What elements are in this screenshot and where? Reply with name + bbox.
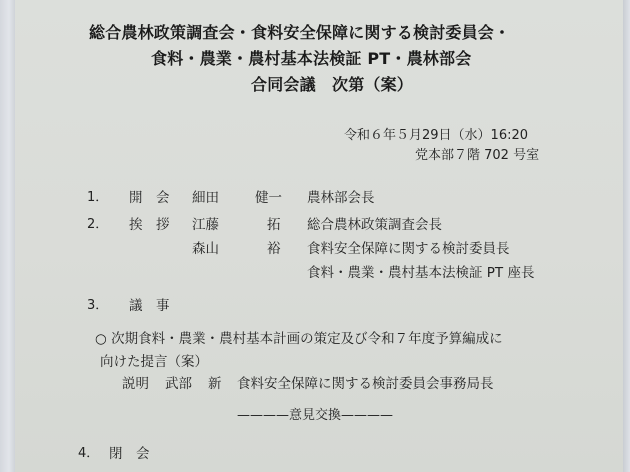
agenda-document: 総合農林政策調査会・食料安全保障に関する検討委員会・ 食料・農業・農村基本法検証…: [15, 0, 623, 472]
paper-edge-left: [0, 0, 15, 472]
title-line-3: 合同会議 次第（案）: [251, 72, 413, 95]
speaker-role: 農林部会長: [307, 186, 375, 206]
speaker-role-secondary: 食料・農業・農村基本法検証 PT 座長: [307, 261, 534, 281]
title-line-1: 総合農林政策調査会・食料安全保障に関する検討委員会・: [89, 20, 510, 43]
topic-line-1: ○ 次期食料・農業・農村基本計画の策定及び令和７年度予算編成に: [95, 327, 503, 347]
title-line-2: 食料・農業・農村基本法検証 PT・農林部会: [151, 46, 471, 69]
explanation-label: 説明: [122, 372, 149, 392]
speaker-given: 拓: [267, 213, 281, 233]
agenda-number-2: 2．: [87, 213, 108, 232]
agenda-item-4: 閉 会: [109, 442, 150, 462]
meeting-location: 党本部７階 702 号室: [415, 144, 539, 163]
explainer-surname: 武部: [165, 372, 192, 392]
speaker-surname: 江藤: [192, 213, 219, 233]
speaker-given: 健一: [255, 186, 282, 206]
speaker-surname: 細田: [192, 186, 219, 206]
explainer-role: 食料安全保障に関する検討委員会事務局長: [237, 372, 494, 392]
agenda-item-1: 開 会: [129, 186, 170, 206]
paper-edge-right: [623, 0, 630, 472]
topic-line-2: 向けた提言（案）: [100, 350, 208, 370]
agenda-item-2: 挨 拶: [129, 213, 170, 233]
agenda-number-3: 3．: [87, 294, 108, 313]
agenda-number-1: 1．: [87, 186, 108, 205]
agenda-number-4: 4．: [78, 442, 99, 461]
speaker-role: 食料安全保障に関する検討委員長: [307, 237, 510, 257]
speaker-given: 裕: [267, 237, 281, 257]
agenda-item-3: 議 事: [129, 294, 170, 314]
explainer-given: 新: [208, 372, 222, 392]
speaker-surname: 森山: [192, 237, 219, 257]
meeting-datetime: 令和６年５月29日（水）16:20: [344, 124, 528, 143]
speaker-role: 総合農林政策調査会長: [307, 213, 442, 233]
discussion-separator: ————意見交換————: [237, 404, 393, 423]
